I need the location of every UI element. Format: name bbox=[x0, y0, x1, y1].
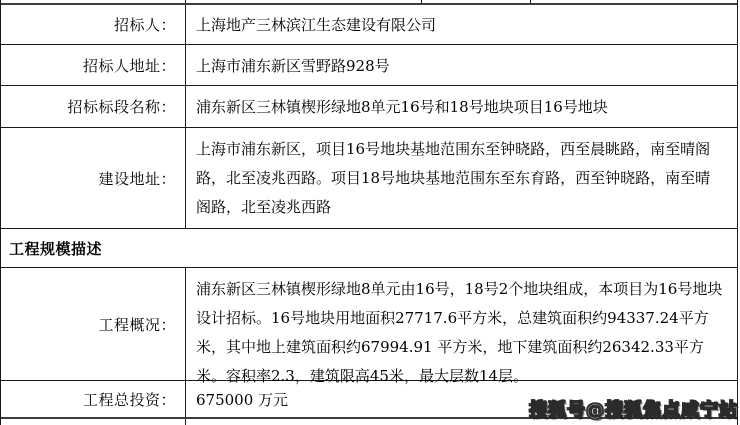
row-label: 招标人： bbox=[1, 5, 186, 44]
row-value: 浦东新区三林镇楔形绿地8单元16号和18号地块项目16号地块 bbox=[186, 86, 737, 127]
partial-cell bbox=[186, 0, 422, 3]
row-value: 上海市浦东新区，项目16号地块基地范围东至钟晓路，西至晨眺路，南至晴阁路，北至凌… bbox=[186, 128, 737, 228]
row-value: 上海地产三林滨江生态建设有限公司 bbox=[186, 5, 737, 44]
row-label: 招标标段名称： bbox=[1, 86, 186, 127]
partial-cell bbox=[531, 0, 737, 3]
table-row-project-overview: 工程概况： 浦东新区三林镇楔形绿地8单元由16号，18号2个地块组成，本项目为1… bbox=[1, 268, 737, 381]
row-label: 工程概况： bbox=[1, 268, 186, 380]
row-label: 招标人地址： bbox=[1, 45, 186, 85]
sohu-watermark: 搜狐号@搜狐焦点咸宁站 bbox=[529, 396, 738, 422]
table-row-scale-section-header: 工程规模描述 bbox=[1, 229, 737, 268]
table-row-tender-section-name: 招标标段名称： 浦东新区三林镇楔形绿地8单元16号和18号地块项目16号地块 bbox=[1, 86, 737, 128]
partial-cell bbox=[1, 0, 186, 3]
row-value: 上海市浦东新区雪野路928号 bbox=[186, 45, 737, 85]
table-row-construction-address: 建设地址： 上海市浦东新区，项目16号地块基地范围东至钟晓路，西至晨眺路，南至晴… bbox=[1, 128, 737, 229]
partial-cell bbox=[422, 0, 531, 3]
table-row-bidder: 招标人： 上海地产三林滨江生态建设有限公司 bbox=[1, 5, 737, 45]
table-row-bidder-address: 招标人地址： 上海市浦东新区雪野路928号 bbox=[1, 45, 737, 86]
section-header: 工程规模描述 bbox=[1, 229, 737, 267]
tender-document-page: 招标人： 上海地产三林滨江生态建设有限公司 招标人地址： 上海市浦东新区雪野路9… bbox=[0, 0, 740, 425]
row-label: 建设地址： bbox=[1, 128, 186, 228]
row-value: 浦东新区三林镇楔形绿地8单元由16号，18号2个地块组成，本项目为16号地块设计… bbox=[186, 268, 737, 380]
row-label: 工程总投资： bbox=[1, 381, 186, 417]
partial-cell bbox=[1, 419, 186, 425]
tender-info-table: 招标人： 上海地产三林滨江生态建设有限公司 招标人地址： 上海市浦东新区雪野路9… bbox=[0, 0, 738, 425]
